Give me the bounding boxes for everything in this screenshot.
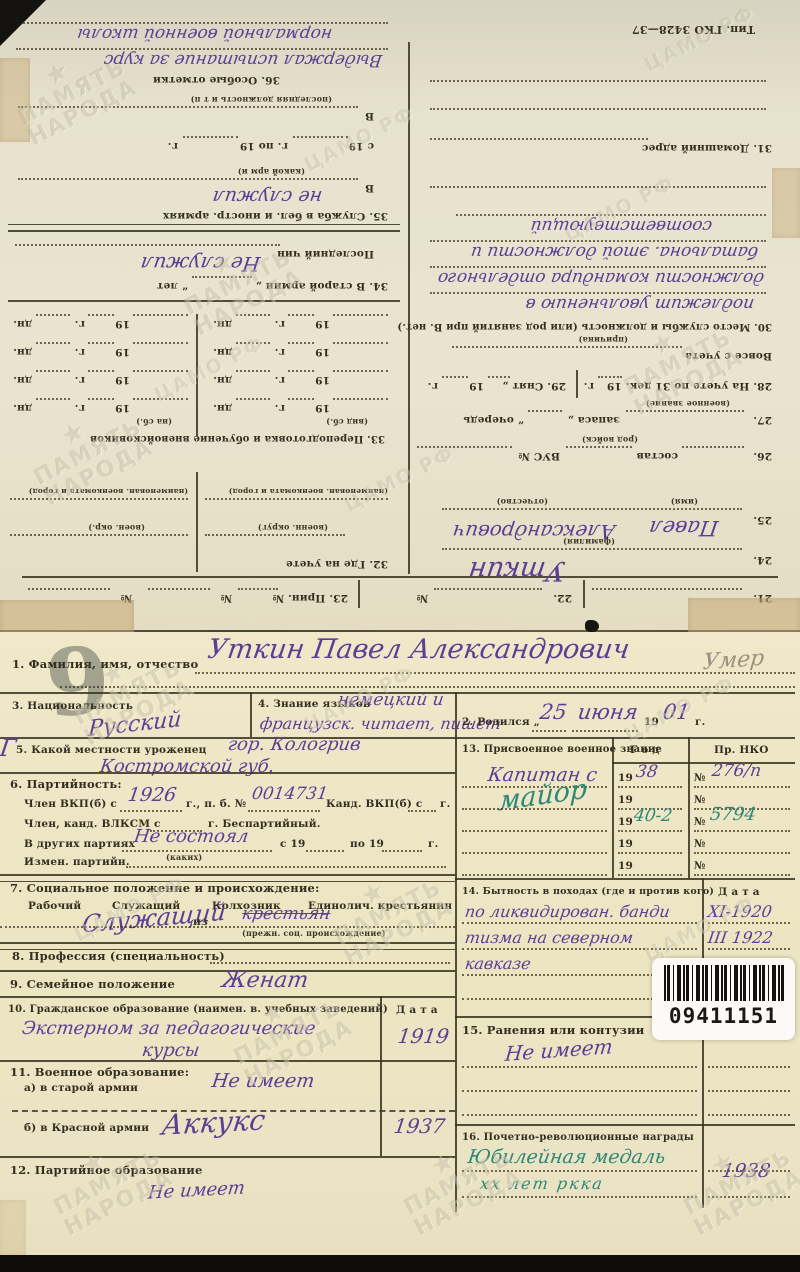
barcode-number: 09411151 [652, 1004, 795, 1028]
origin-hint: (прежн. соц. происхождение) [242, 929, 386, 939]
dotted-line [566, 446, 632, 448]
dotted-line [18, 178, 358, 180]
days-suffix: дн. [213, 317, 232, 330]
candidate-label: Канд. ВКП(б) с [326, 798, 422, 811]
dotted-line [333, 342, 388, 344]
field-10-label: 10. Гражданское образование (наимен. в. … [8, 1004, 388, 1016]
dotted-line [10, 498, 188, 500]
dotted-line [306, 850, 344, 852]
birth-month-handwritten: июня [576, 700, 639, 724]
field-36-label: 36. Особые отметки [153, 73, 280, 86]
dotted-line [694, 874, 790, 876]
dotted-line [210, 962, 450, 964]
days-suffix: дн. [13, 317, 32, 330]
dotted-line [236, 342, 270, 344]
dotted-line [462, 830, 607, 832]
firstname-handwritten: Павел [647, 516, 719, 540]
dotted-line [417, 446, 512, 448]
field-29-g: г. [428, 379, 439, 392]
campaign-handwritten-1: по ликвидирован. банди [464, 902, 672, 921]
field-31-label: 31. Домашний адрес [642, 141, 772, 154]
date-column-header: Д а т а [718, 886, 760, 899]
dotted-line [462, 1170, 697, 1172]
commissariat-hint: (наименован. военкомата и город) [229, 487, 388, 496]
dotted-line [36, 370, 70, 372]
number-sign: № [694, 860, 706, 873]
dotted-line [682, 446, 744, 448]
year-prefix: 19 [618, 860, 633, 873]
year-suffix: г. [75, 401, 86, 414]
year-prefix: 19 [315, 401, 330, 414]
field-35-g: г. [168, 139, 179, 152]
field-30-handwritten-3: батальона. этой должности и [470, 242, 760, 262]
field-27-zapas: запаса „ [568, 413, 621, 426]
dotted-line [626, 410, 744, 412]
divider [250, 692, 252, 737]
archival-document-scan: 21. 22. № 23. Прин. № № № 24. (фамилия) … [0, 0, 800, 1272]
dotted-line [572, 730, 638, 732]
dotted-line [183, 136, 238, 138]
district-hint: (военн. округ) [258, 522, 328, 532]
field-29-label: 29. Снят „ [502, 379, 566, 392]
field-11-label: 11. Военное образование: [10, 1066, 189, 1080]
year-prefix: 19 [618, 772, 633, 785]
field-26-sostav: состав [636, 449, 678, 462]
field-35-v: В [365, 181, 374, 194]
dotted-line [488, 376, 510, 378]
off-register-label: Вовсе с учета [685, 349, 772, 362]
field-28-label: 28. На учете по 31 дек. 19 [607, 379, 772, 392]
field-7-label: 7. Социальное положение и происхождение: [10, 882, 320, 896]
order-column-header: Пр. НКО [714, 744, 769, 757]
g-label: г. [428, 838, 439, 851]
dotted-line [442, 548, 742, 550]
dotted-line [293, 136, 348, 138]
surname-handwritten: Уткин [466, 555, 567, 586]
rule [0, 1060, 455, 1062]
field-8-label: 8. Профессия (специальность) [12, 950, 225, 964]
dotted-line [452, 346, 682, 348]
field-33-label: 33. Переподготовка и обучение вневойсков… [90, 432, 385, 444]
days-suffix: дн. [13, 345, 32, 358]
rank-hint: (военное звание) [646, 398, 730, 408]
rank-2-year: 40-2 [633, 806, 674, 826]
dotted-line [408, 810, 436, 812]
dotted-line [462, 1066, 697, 1068]
dotted-line [205, 498, 388, 500]
award-date: 1938 [720, 1160, 771, 1182]
dotted-line [288, 398, 314, 400]
marital-status-handwritten: Женат [220, 968, 310, 993]
field-34-label: 34. В старой армии „ [256, 279, 388, 292]
field-24-number: 24. [753, 553, 772, 566]
rank-1-order: 276/п [711, 761, 763, 781]
double-rule [8, 224, 400, 232]
dotted-line [442, 508, 742, 510]
dotted-line [133, 314, 188, 316]
dotted-line [36, 342, 70, 344]
date-column-divider [702, 878, 704, 1208]
campaign-date-2: III 1922 [707, 928, 774, 947]
dotted-line [708, 1114, 790, 1116]
field-29-year: 19 [469, 379, 484, 392]
field-35-s19: с 19 [349, 139, 374, 152]
rule [0, 737, 795, 739]
campaign-handwritten-2: тизма на северном [464, 928, 635, 947]
field-26-vus: ВУС № [518, 449, 560, 462]
dotted-line [694, 830, 790, 832]
dotted-line [708, 1090, 790, 1092]
year-prefix: 19 [115, 401, 130, 414]
birth-suffix: г. [695, 716, 706, 729]
date-column-header: Д а т а [396, 1004, 438, 1017]
old-army-label: а) в старой армии [24, 1082, 138, 1095]
award-handwritten-2: хх лет ркка [479, 1174, 606, 1193]
dotted-line [36, 398, 70, 400]
dotted-line [16, 48, 388, 50]
which-army-hint: (какой арм и) [238, 166, 305, 176]
option-worker: Рабочий [28, 900, 81, 913]
days-suffix: дн. [213, 345, 232, 358]
year-prefix: 19 [315, 345, 330, 358]
field-35-po19: г. по 19 [240, 139, 288, 152]
dotted-line [708, 1066, 790, 1068]
field-6-label: 6. Партийность: [10, 778, 122, 792]
dotted-line [133, 398, 188, 400]
dotted-line [618, 830, 682, 832]
dotted-line [288, 342, 314, 344]
year-prefix: 19 [115, 345, 130, 358]
dotted-line [148, 588, 210, 590]
camp-type-hint: (вид сб.) [326, 416, 368, 426]
dotted-line [382, 850, 422, 852]
divider [612, 737, 614, 878]
card-back-rotated-content: 21. 22. № 23. Прин. № № № 24. (фамилия) … [0, 0, 800, 632]
field-30-handwritten-2: должности командира отдельного [437, 268, 766, 288]
number-sign: № [220, 591, 232, 604]
field-26-number: 26. [753, 449, 772, 462]
commissariat-hint: (наименован. военкомата и город) [29, 487, 188, 496]
dotted-line [288, 314, 314, 316]
dotted-line [462, 948, 697, 950]
wounds-handwritten: Не имеет [504, 1034, 614, 1066]
dotted-line [120, 810, 182, 812]
rank-1-year: 38 [635, 762, 659, 782]
dotted-line [236, 398, 270, 400]
field-2-label: 2. Родился „ [462, 716, 540, 729]
dotted-line [694, 852, 790, 854]
dotted-line [430, 138, 648, 140]
tape-strip [0, 1200, 26, 1255]
dotted-line [18, 106, 358, 108]
number-sign: № [694, 794, 706, 807]
year-prefix: 19 [618, 838, 633, 851]
rule [0, 1156, 455, 1158]
card-front-side: 9 1. Фамилия, имя, отчество Уткин Павел … [0, 632, 800, 1255]
campaign-date-1: XI-1920 [707, 902, 774, 921]
dotted-line [60, 686, 795, 688]
year-prefix: 19 [115, 373, 130, 386]
dotted-line [708, 1196, 790, 1198]
dotted-line [192, 276, 252, 278]
dotted-line [333, 314, 388, 316]
days-suffix: дн. [213, 401, 232, 414]
dotted-line [528, 410, 562, 412]
birth-year-print: 19 [644, 716, 659, 729]
page-corner-shadow [0, 0, 46, 46]
field-35-v2: В [365, 109, 374, 122]
dotted-line [88, 370, 114, 372]
rule [455, 1124, 795, 1126]
divider [688, 737, 690, 878]
origin-handwritten-struck: крестьян [241, 904, 332, 924]
number-sign: № [416, 591, 428, 604]
dotted-line [462, 808, 607, 810]
dotted-line [88, 398, 114, 400]
divider [583, 580, 585, 608]
dotted-line [236, 314, 270, 316]
to-year-label: по 19 [350, 838, 384, 851]
camp-type-hint: (на сб.) [136, 416, 172, 426]
other-parties-handwritten: Не состоял [133, 826, 250, 847]
days-suffix: дн. [213, 373, 232, 386]
rule [455, 878, 795, 880]
dotted-line [708, 948, 790, 950]
vkpb-member-label: Член ВКП(б) с [24, 798, 117, 811]
rule [22, 576, 778, 578]
dotted-line [694, 786, 790, 788]
dotted-line [430, 292, 766, 294]
death-note-handwritten: Умер [702, 646, 766, 676]
full-name-handwritten: Уткин Павел Александрович [206, 634, 632, 665]
year-suffix: г. [275, 317, 286, 330]
divider [196, 314, 198, 436]
field-12-label: 12. Партийное образование [10, 1164, 203, 1178]
dotted-line [126, 866, 446, 868]
patronymic-hint: (отчество) [496, 496, 548, 506]
year-prefix: 19 [315, 317, 330, 330]
year-prefix: 19 [618, 816, 633, 829]
year-prefix: 19 [315, 373, 330, 386]
print-code: Тип. ГКО 3428—37 [632, 23, 755, 36]
last-rank-handwritten: Не служил [139, 252, 262, 276]
dotted-line [430, 108, 766, 110]
rank-2-order: 5794 [709, 804, 758, 825]
field-23-label: 23. Прин. № [272, 591, 348, 604]
reason-hint: (причина) [578, 334, 628, 344]
divider [576, 370, 578, 398]
dotted-line [430, 266, 766, 268]
red-army-handwritten: Аккукс [160, 1103, 267, 1142]
tape-strip [0, 58, 30, 142]
dotted-line [248, 810, 320, 812]
dotted-line [430, 186, 766, 188]
civil-education-handwritten-2: курсы [141, 1040, 201, 1061]
dotted-line [462, 874, 607, 876]
dotted-line [288, 370, 314, 372]
field-9-label: 9. Семейное положение [10, 978, 175, 992]
year-suffix: г. [75, 373, 86, 386]
rule [0, 772, 455, 774]
birth-day-handwritten: 25 [538, 700, 568, 724]
days-suffix: дн. [13, 401, 32, 414]
rule [0, 996, 455, 998]
dotted-line [133, 342, 188, 344]
dotted-line [618, 874, 682, 876]
dotted-line [133, 370, 188, 372]
dotted-line [442, 376, 468, 378]
other-parties-label: В других партиях [24, 838, 135, 851]
year-suffix: г. [275, 345, 286, 358]
dotted-line [456, 214, 766, 216]
dotted-line [236, 370, 270, 372]
party-book-label: г., п. б. № [186, 798, 246, 811]
barcode-bars [664, 965, 784, 1001]
card-back-side: 21. 22. № 23. Прин. № № № 24. (фамилия) … [0, 0, 800, 632]
special-notes-handwritten-1: Выдержал испытание за курс [102, 50, 383, 70]
dotted-line [462, 922, 697, 924]
last-rank-label: Последний чин [277, 247, 374, 260]
field-14-label: 14. Бытность в походах (где и против ког… [462, 886, 714, 897]
languages-handwritten-1: немецкий и [337, 690, 445, 710]
number-sign: № [694, 838, 706, 851]
dotted-line [0, 926, 455, 928]
patronymic-handwritten: Александрович [451, 520, 617, 544]
field-1-label: 1. Фамилия, имя, отчество [12, 658, 198, 672]
dotted-line [532, 730, 566, 732]
dotted-line [205, 534, 345, 536]
divider [196, 472, 198, 572]
field-28-g: г. [584, 379, 595, 392]
dotted-line [708, 922, 790, 924]
field-30-handwritten-4: соответствующий [529, 216, 713, 236]
last-position-hint: (последняя должность и т п) [191, 94, 333, 104]
dotted-line [592, 588, 742, 590]
party-book-number-handwritten: 0014731 [251, 784, 330, 804]
civil-education-handwritten-1: Экстерном за педагогические [21, 1018, 317, 1039]
column-divider [408, 42, 410, 574]
year-suffix: г. [275, 373, 286, 386]
field-5-label: 5. Какой местности уроженец [16, 744, 207, 757]
dotted-line [462, 1090, 697, 1092]
dotted-line [430, 80, 766, 82]
field-30-handwritten-1: подлежит увольнению в [524, 294, 755, 314]
civil-education-date: 1919 [396, 1024, 450, 1048]
red-army-date: 1937 [392, 1114, 446, 1138]
field-27-number: 27. [753, 413, 772, 426]
ink-blot [585, 620, 599, 632]
from-year-label: с 19 [280, 838, 305, 851]
troop-type-hint: (род войск) [582, 434, 638, 444]
field-32-label: 32. Где на учете [286, 557, 388, 570]
field-16-label: 16. Почетно-революционные награды [462, 1132, 694, 1144]
dotted-line [462, 1196, 697, 1198]
year-suffix: г. [75, 317, 86, 330]
number-sign: № [694, 772, 706, 785]
archive-barcode: 09411151 [652, 958, 795, 1040]
year-suffix: г. [275, 401, 286, 414]
dotted-line [618, 786, 682, 788]
district-hint: (воен. окр.) [88, 522, 145, 532]
old-army-handwritten: Не имеет [210, 1070, 315, 1092]
red-army-label: б) в Красной армии [24, 1122, 149, 1135]
divider [358, 580, 360, 608]
field-22-label: 22. [553, 591, 572, 604]
field-35-label: 35. Служба в бел. и иностр. армиях [163, 209, 388, 222]
field-3-label: 3. Национальность [12, 700, 133, 713]
party-changes-label: Измен. партийн. [24, 856, 130, 869]
field-25-number: 25. [753, 513, 772, 526]
main-column-divider [455, 692, 457, 1212]
field-27-ochered: “ очередь [463, 413, 524, 426]
dotted-line [16, 22, 388, 24]
g-label: г. [440, 798, 451, 811]
dotted-line [430, 240, 766, 242]
birth-year-handwritten: 01 [661, 700, 691, 724]
dotted-line [462, 1114, 697, 1116]
date-column-divider [380, 996, 382, 1156]
rule [8, 300, 400, 302]
dotted-line [28, 588, 110, 590]
firstname-hint: (имя) [671, 496, 698, 506]
dotted-line [462, 852, 607, 854]
year-prefix: 19 [115, 317, 130, 330]
award-handwritten-1: Юбилейная медаль [466, 1146, 666, 1168]
party-education-handwritten: Не имеет [147, 1177, 246, 1203]
campaign-handwritten-3: кавказе [464, 954, 532, 973]
year-column-header: Г о д [630, 744, 660, 757]
dotted-line [15, 244, 280, 246]
year-prefix: 19 [618, 794, 633, 807]
dotted-line [333, 398, 388, 400]
dotted-line [434, 588, 542, 590]
tape-strip [772, 168, 800, 238]
days-suffix: дн. [13, 373, 32, 386]
which-parties-hint: (каких) [166, 853, 202, 863]
special-notes-handwritten-2: нормальной военной школы [76, 24, 334, 44]
dotted-line [10, 534, 188, 536]
dotted-line [333, 370, 388, 372]
scan-background-edge [0, 1255, 800, 1272]
number-sign: № [694, 816, 706, 829]
birthplace-handwritten-1: гор. Кологрив [227, 734, 363, 755]
year-suffix: г. [75, 345, 86, 358]
vkpb-year-handwritten: 1926 [126, 784, 177, 806]
white-army-service-handwritten: не служил [211, 186, 324, 208]
field-34-let: “ лет [157, 279, 188, 292]
dotted-line [238, 588, 278, 590]
dotted-line [598, 376, 622, 378]
field-30-label: 30. Место службы и должность (или род за… [397, 320, 772, 332]
dotted-line [36, 314, 70, 316]
dotted-line [618, 852, 682, 854]
dotted-line [88, 342, 114, 344]
field-15-label: 15. Ранения или контузии [462, 1024, 645, 1038]
dotted-line [88, 314, 114, 316]
